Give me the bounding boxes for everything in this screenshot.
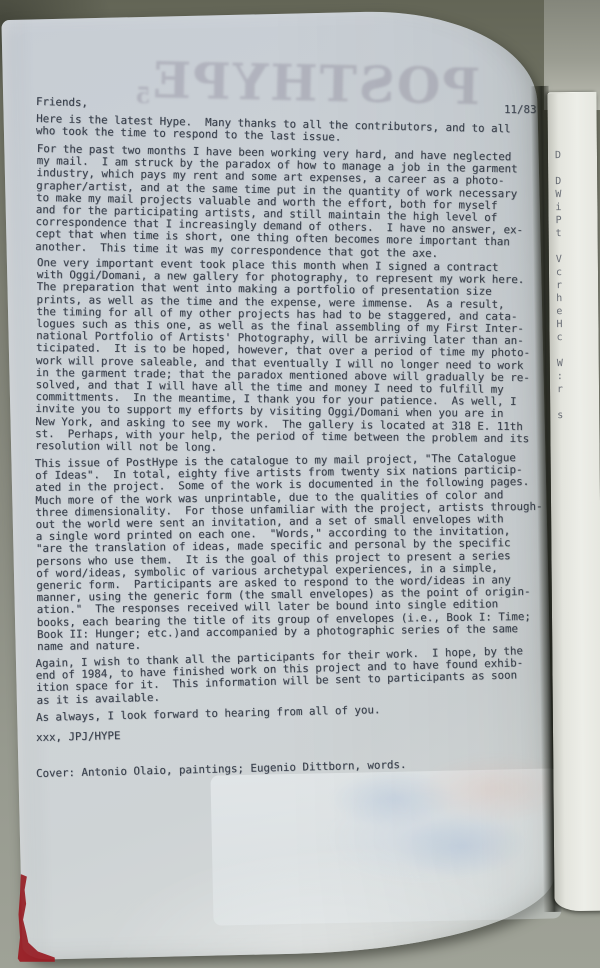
letter-paragraph: Again, I wish to thank all the participa…: [35, 645, 542, 707]
letter-paragraph: This issue of PostHype is the catalogue …: [35, 452, 543, 653]
cover-credit-line: Cover: Antonio Olaio, paintings; Eugenio…: [36, 756, 542, 781]
letter-signature: xxx, JPJ/HYPE: [36, 720, 542, 744]
typewritten-letter: 11/83 Friends, Here is the latest Hype. …: [36, 96, 542, 785]
letter-paragraph: One very important event took place this…: [35, 257, 543, 458]
next-page-text-fragments: D D W i P t V c r h e H c W : r s: [555, 149, 563, 422]
photo-of-letter: { "letter": { "date": "11/83", "paragrap…: [0, 0, 600, 968]
next-page-edge: D D W i P t V c r h e H c W : r s: [547, 92, 600, 911]
letter-paragraph: For the past two months I have been work…: [35, 143, 543, 262]
